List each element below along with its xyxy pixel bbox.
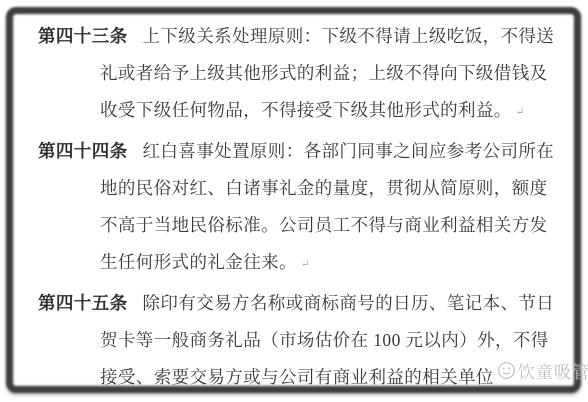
article-text: 上下级关系处理原则：下级不得请上级吃饭，不得送 — [143, 26, 555, 46]
article-line: 礼或者给予上级其他形式的利益；上级不得向下级借钱及 — [38, 55, 550, 92]
article-text: 除印有交易方名称或商标商号的日历、笔记本、节日 — [143, 293, 555, 313]
article-43: 第四十三条上下级关系处理原则：下级不得请上级吃饭，不得送 礼或者给予上级其他形式… — [38, 18, 550, 131]
article-text: 接受、索要交易方或与公司有商业利益的相关单位 — [100, 367, 494, 387]
article-text: 生任何形式的礼金往来。 — [100, 252, 297, 272]
article-line: 地的民俗对红、白诸事礼金的量度，贯彻从简原则，额度 — [38, 170, 550, 207]
article-text: 红白喜事处置原则：各部门同事之间应参考公司所在 — [143, 141, 555, 161]
article-line: 第四十五条除印有交易方名称或商标商号的日历、笔记本、节日 — [38, 285, 550, 322]
article-line: 接受、索要交易方或与公司有商业利益的相关单位 — [38, 359, 550, 396]
article-text: 贺卡等一般商务礼品（市场估价在 100 元以内）外，不得 — [100, 330, 549, 350]
article-number: 第四十五条 — [38, 293, 128, 313]
article-text: 地的民俗对红、白诸事礼金的量度，贯彻从简原则，额度 — [100, 178, 548, 198]
article-text: 收受下级任何物品，不得接受下级其他形式的利益。 — [100, 100, 512, 120]
paragraph-mark: ↵ — [301, 259, 309, 270]
article-44: 第四十四条红白喜事处置原则：各部门同事之间应参考公司所在 地的民俗对红、白诸事礼… — [38, 133, 550, 283]
article-text: 不高于当地民俗标准。公司员工不得与商业利益相关方发 — [100, 215, 548, 235]
watermark-smiley-icon — [497, 361, 516, 380]
article-line: 不高于当地民俗标准。公司员工不得与商业利益相关方发 — [38, 207, 550, 244]
article-line: 生任何形式的礼金往来。↵ — [38, 244, 550, 283]
article-line: 收受下级任何物品，不得接受下级其他形式的利益。↵ — [38, 92, 550, 131]
article-number: 第四十四条 — [38, 141, 128, 161]
article-line: 第四十四条红白喜事处置原则：各部门同事之间应参考公司所在 — [38, 133, 550, 170]
watermark: 饮童吸管 — [497, 358, 588, 383]
document-page: 第四十三条上下级关系处理原则：下级不得请上级吃饭，不得送 礼或者给予上级其他形式… — [13, 14, 574, 396]
article-line: 贺卡等一般商务礼品（市场估价在 100 元以内）外，不得 — [38, 322, 550, 359]
article-number: 第四十三条 — [38, 26, 128, 46]
scanned-document-image: 第四十三条上下级关系处理原则：下级不得请上级吃饭，不得送 礼或者给予上级其他形式… — [0, 0, 588, 402]
paragraph-mark: ↵ — [516, 107, 524, 118]
article-line: 第四十三条上下级关系处理原则：下级不得请上级吃饭，不得送 — [38, 18, 550, 55]
watermark-text: 饮童吸管 — [518, 358, 588, 383]
article-45: 第四十五条除印有交易方名称或商标商号的日历、笔记本、节日 贺卡等一般商务礼品（市… — [38, 285, 550, 396]
article-text: 礼或者给予上级其他形式的利益；上级不得向下级借钱及 — [100, 63, 548, 83]
